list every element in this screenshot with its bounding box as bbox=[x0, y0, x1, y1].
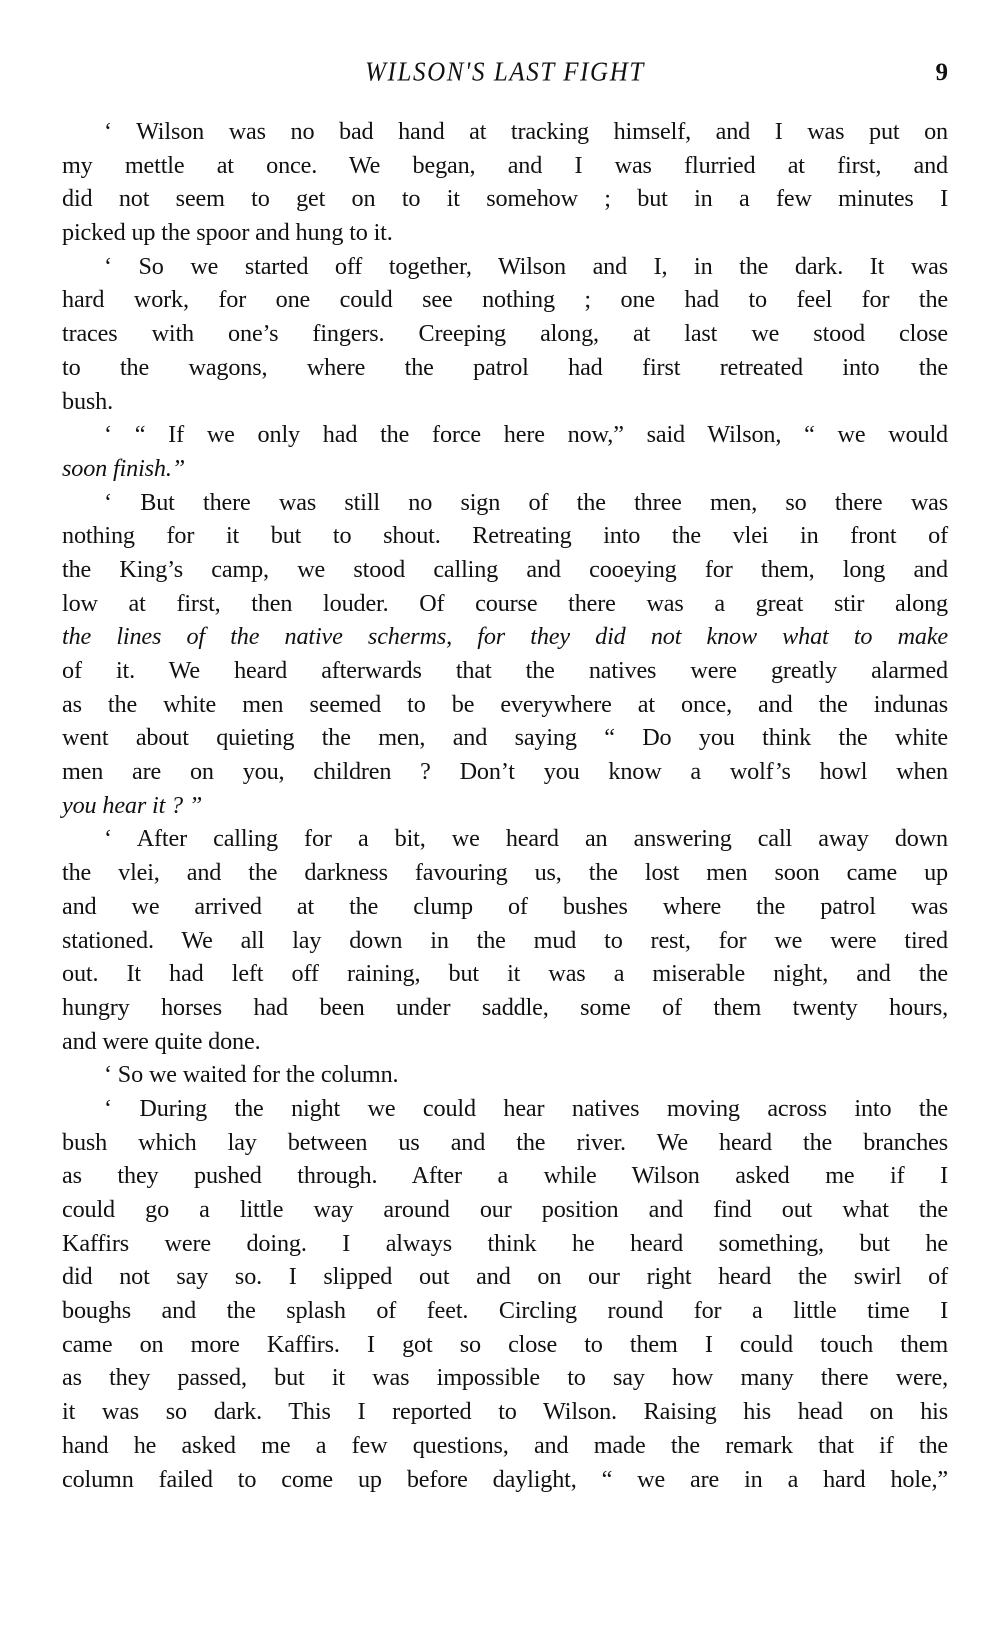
text-line: the King’s camp, we stood calling and co… bbox=[62, 553, 948, 587]
running-title: WILSON'S LAST FIGHT bbox=[62, 55, 948, 92]
paragraph: ‘ So we waited for the column. bbox=[62, 1058, 948, 1092]
text-line: as they pushed through. After a while Wi… bbox=[62, 1159, 948, 1193]
text-line: hand he asked me a few questions, and ma… bbox=[62, 1429, 948, 1463]
text-line: ‘ But there was still no sign of the thr… bbox=[62, 486, 948, 520]
text-line: did not say so. I slipped out and on our… bbox=[62, 1260, 948, 1294]
body-text: ‘ Wilson was no bad hand at tracking him… bbox=[62, 115, 948, 1496]
text-line: ‘ After calling for a bit, we heard an a… bbox=[62, 822, 948, 856]
paragraph: ‘ So we started off together, Wilson and… bbox=[62, 250, 948, 418]
text-line: could go a little way around our positio… bbox=[62, 1193, 948, 1227]
text-line: picked up the spoor and hung to it. bbox=[62, 216, 948, 250]
text-line: came on more Kaffirs. I got so close to … bbox=[62, 1328, 948, 1362]
text-line: of it. We heard afterwards that the nati… bbox=[62, 654, 948, 688]
text-line: soon finish.” bbox=[62, 452, 948, 486]
paragraph: ‘ After calling for a bit, we heard an a… bbox=[62, 822, 948, 1058]
paragraph: ‘ “ If we only had the force here now,” … bbox=[62, 418, 948, 485]
text-line: and were quite done. bbox=[62, 1025, 948, 1059]
text-line: hungry horses had been under saddle, som… bbox=[62, 991, 948, 1025]
text-line: bush. bbox=[62, 385, 948, 419]
text-line: hard work, for one could see nothing ; o… bbox=[62, 283, 948, 317]
text-line: and we arrived at the clump of bushes wh… bbox=[62, 890, 948, 924]
text-line: bush which lay between us and the river.… bbox=[62, 1126, 948, 1160]
text-line: went about quieting the men, and saying … bbox=[62, 721, 948, 755]
book-page: WILSON'S LAST FIGHT 9 ‘ Wilson was no ba… bbox=[0, 0, 1000, 1640]
text-line: nothing for it but to shout. Retreating … bbox=[62, 519, 948, 553]
paragraph: ‘ During the night we could hear natives… bbox=[62, 1092, 948, 1496]
text-line: low at first, then louder. Of course the… bbox=[62, 587, 948, 621]
text-line: as they passed, but it was impossible to… bbox=[62, 1361, 948, 1395]
text-line: ‘ “ If we only had the force here now,” … bbox=[62, 418, 948, 452]
text-line: column failed to come up before daylight… bbox=[62, 1463, 948, 1497]
running-header: WILSON'S LAST FIGHT 9 bbox=[62, 56, 948, 90]
text-line: the vlei, and the darkness favouring us,… bbox=[62, 856, 948, 890]
text-line: boughs and the splash of feet. Circling … bbox=[62, 1294, 948, 1328]
text-line: did not seem to get on to it somehow ; b… bbox=[62, 182, 948, 216]
text-line: my mettle at once. We began, and I was f… bbox=[62, 149, 948, 183]
text-line: traces with one’s fingers. Creeping alon… bbox=[62, 317, 948, 351]
text-line: ‘ So we started off together, Wilson and… bbox=[62, 250, 948, 284]
text-line: ‘ So we waited for the column. bbox=[62, 1058, 948, 1092]
text-line: it was so dark. This I reported to Wilso… bbox=[62, 1395, 948, 1429]
text-line: ‘ During the night we could hear natives… bbox=[62, 1092, 948, 1126]
text-line: the lines of the native scherms, for the… bbox=[62, 620, 948, 654]
text-line: men are on you, children ? Don’t you kno… bbox=[62, 755, 948, 789]
text-line: as the white men seemed to be everywhere… bbox=[62, 688, 948, 722]
paragraph: ‘ But there was still no sign of the thr… bbox=[62, 486, 948, 823]
page-number: 9 bbox=[936, 56, 949, 90]
paragraph: ‘ Wilson was no bad hand at tracking him… bbox=[62, 115, 948, 250]
text-line: you hear it ? ” bbox=[62, 789, 948, 823]
text-line: ‘ Wilson was no bad hand at tracking him… bbox=[62, 115, 948, 149]
text-line: out. It had left off raining, but it was… bbox=[62, 957, 948, 991]
text-line: stationed. We all lay down in the mud to… bbox=[62, 924, 948, 958]
text-line: Kaffirs were doing. I always think he he… bbox=[62, 1227, 948, 1261]
text-line: to the wagons, where the patrol had firs… bbox=[62, 351, 948, 385]
